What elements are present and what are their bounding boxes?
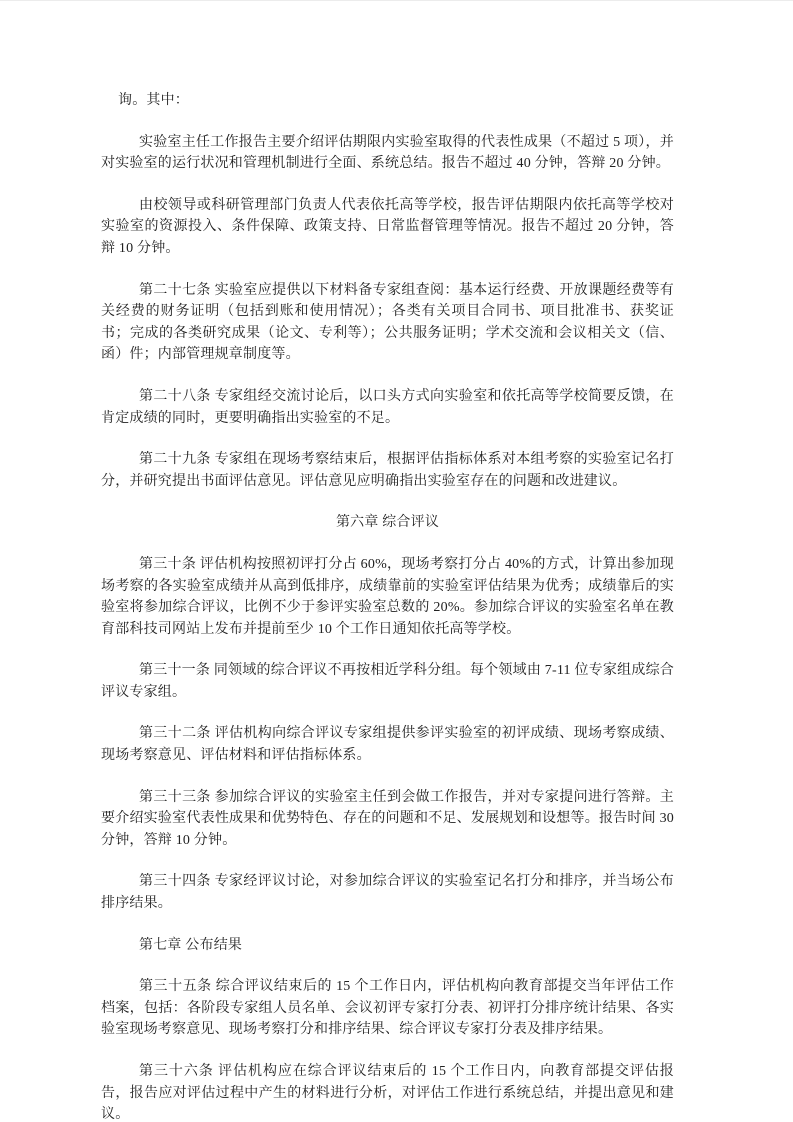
document-page: 询。其中：实验室主任工作报告主要介绍评估期限内实验室取得的代表性成果（不超过 5… — [0, 0, 793, 1122]
paragraph: 第三十三条 参加综合评议的实验室主任到会做工作报告，并对专家提问进行答辩。主要介… — [101, 787, 674, 852]
paragraph: 第三十四条 专家经评议讨论，对参加综合评议的实验室记名打分和排序，并当场公布排序… — [101, 871, 674, 914]
document-body: 询。其中：实验室主任工作报告主要介绍评估期限内实验室取得的代表性成果（不超过 5… — [101, 90, 674, 1122]
paragraph-continuation: 询。其中： — [101, 90, 674, 112]
document-viewport: { "page": { "background": "#ffffff", "te… — [0, 0, 793, 1122]
paragraph: 第二十七条 实验室应提供以下材料备专家组查阅：基本运行经费、开放课题经费等有关经… — [101, 280, 674, 366]
paragraph: 第三十六条 评估机构应在综合评议结束后的 15 个工作日内，向教育部提交评估报告… — [101, 1061, 674, 1122]
paragraph: 由校领导或科研管理部门负责人代表依托高等学校，报告评估期限内依托高等学校对实验室… — [101, 195, 674, 260]
paragraph: 实验室主任工作报告主要介绍评估期限内实验室取得的代表性成果（不超过 5 项），并… — [101, 132, 674, 175]
paragraph: 第二十九条 专家组在现场考察结束后，根据评估指标体系对本组考察的实验室记名打分，… — [101, 449, 674, 492]
chapter-heading: 第七章 公布结果 — [101, 935, 674, 957]
chapter-heading: 第六章 综合评议 — [101, 512, 674, 534]
paragraph: 第二十八条 专家组经交流讨论后，以口头方式向实验室和依托高等学校简要反馈，在肯定… — [101, 386, 674, 429]
paragraph: 第三十二条 评估机构向综合评议专家组提供参评实验室的初评成绩、现场考察成绩、现场… — [101, 723, 674, 766]
paragraph: 第三十条 评估机构按照初评打分占 60%，现场考察打分占 40%的方式，计算出参… — [101, 554, 674, 640]
paragraph: 第三十一条 同领域的综合评议不再按相近学科分组。每个领域由 7-11 位专家组成… — [101, 660, 674, 703]
paragraph: 第三十五条 综合评议结束后的 15 个工作日内，评估机构向教育部提交当年评估工作… — [101, 976, 674, 1041]
